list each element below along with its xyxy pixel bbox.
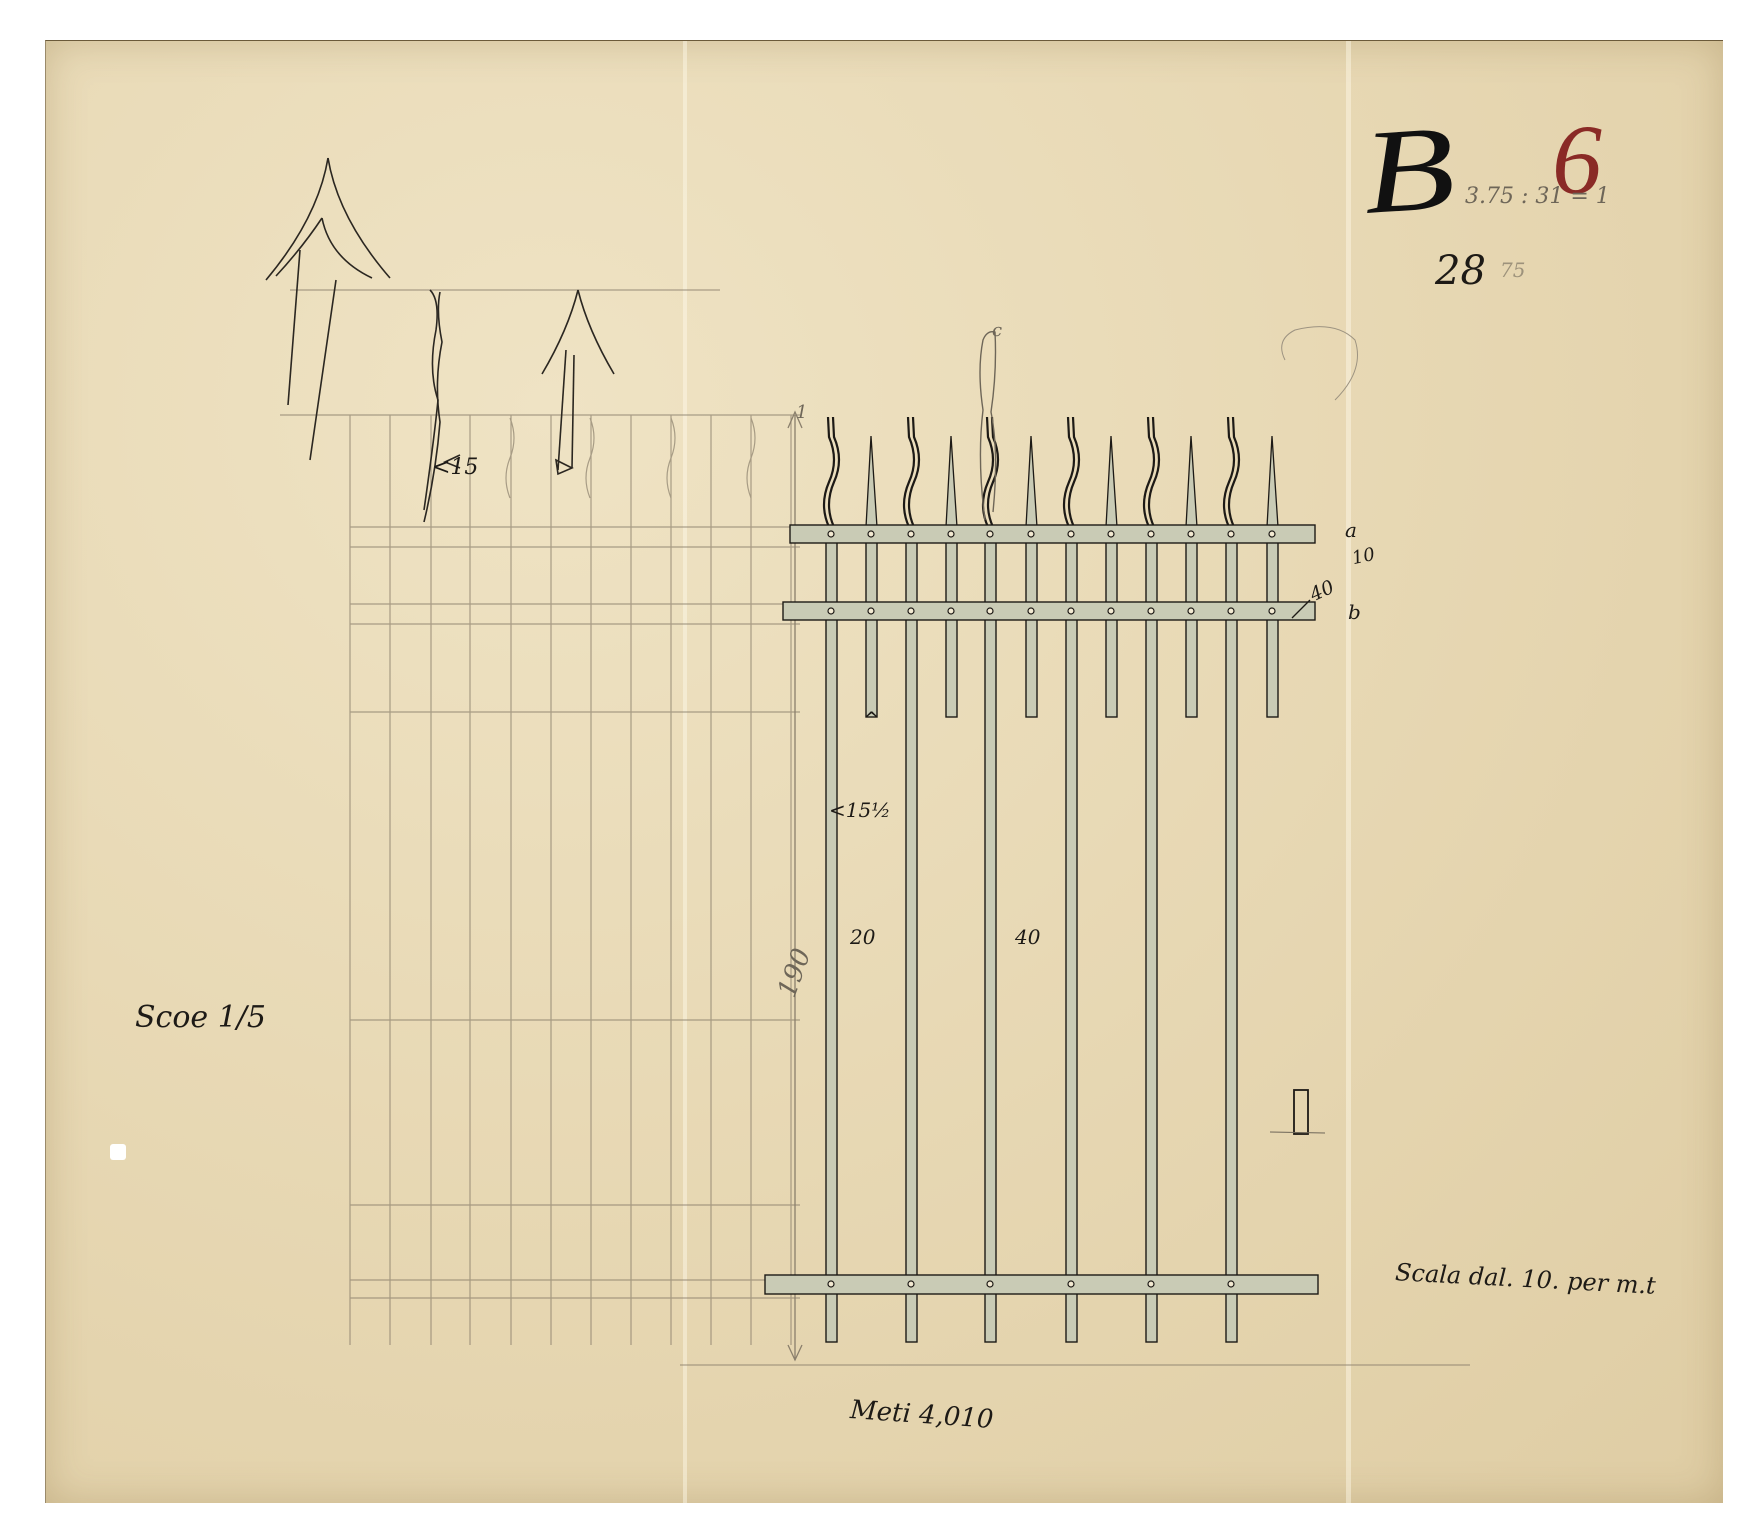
rivets	[828, 531, 1275, 1287]
faint-pencil-ghost	[1282, 327, 1358, 400]
scale-note-left: Scoe 1/5	[135, 1000, 266, 1035]
height-dimension-line	[788, 412, 802, 1360]
sheet-count-note-faint: 75	[1500, 258, 1525, 282]
sheet-letter: B	[1359, 107, 1459, 233]
pencil-construction-grid	[280, 290, 1470, 1365]
calculation-note: 3.75 : 31 = 1	[1465, 184, 1610, 209]
sheet-count-note: 28	[1435, 248, 1486, 294]
sketch-spacing-dimension: <15	[432, 455, 478, 480]
label-c: c	[992, 320, 1002, 341]
railing-drawing	[0, 0, 1762, 1540]
label-1: 1	[796, 402, 807, 423]
bar-width-dim-20: 20	[850, 925, 875, 949]
bar-width-dim-40: 40	[1015, 925, 1040, 949]
label-b: b	[1348, 600, 1361, 624]
bar-cross-section-sketch	[1270, 1090, 1325, 1134]
label-a: a	[1345, 518, 1357, 542]
picket-bars	[826, 527, 1278, 1342]
picket-spacing-dimension: <15½	[829, 798, 891, 822]
